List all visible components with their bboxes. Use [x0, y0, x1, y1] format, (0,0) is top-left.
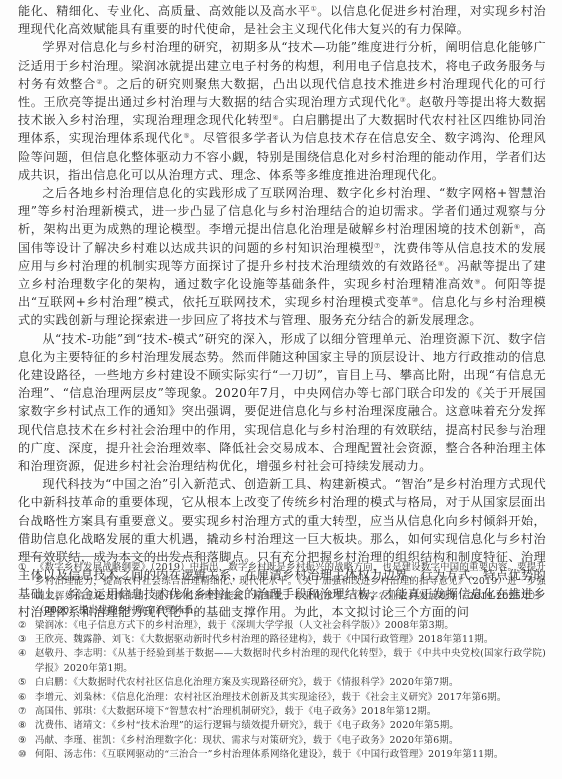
footnote-number: ⑨ — [18, 734, 35, 748]
footnote-ref[interactable]: ⑥ — [514, 223, 521, 231]
footnote: ⑦高国伟、郭琪：《大数据环境下“智慧农村”治理机制研究》，载于《电子政务》201… — [18, 705, 546, 719]
footnote: ⑥李增元、刘枭林：《信息化治理：农村社区治理技术创新及其实现途径》，载于《社会主… — [18, 691, 546, 705]
footnote-text: 白启鹏：《大数据时代农村社区信息化治理方案及实现路径研究》，载于《情报科学》20… — [35, 676, 546, 690]
paragraph-text: 能化、精细化、专业化、高质量、高效能以及高水平 — [18, 4, 310, 18]
footnote-text: 高国伟、郭琪：《大数据环境下“智慧农村”治理机制研究》，载于《电子政务》2018… — [35, 705, 546, 719]
footnote-number: ⑦ — [18, 705, 35, 719]
footnote-text: 王欣亮、魏露静、刘飞：《大数据驱动新时代乡村治理的路径建构》，载于《中国行政管理… — [35, 633, 546, 647]
footnote-number: ⑩ — [18, 748, 35, 762]
footnote: ④赵敬丹、李志明：《从基于经验到基于数据——大数据时代乡村治理的现代化转型》，载… — [18, 647, 546, 676]
footnote: ①《数字乡村发展战略纲要》（2019）中指出，数字乡村既是乡村振兴的战略方向，也… — [18, 561, 546, 619]
footnote: ③王欣亮、魏露静、刘飞：《大数据驱动新时代乡村治理的路径建构》，载于《中国行政管… — [18, 633, 546, 647]
paragraph: 学界对信息化与乡村治理的研究，初期多从“技术—功能”维度进行分析，阐明信息化能够… — [18, 38, 546, 184]
footnote-text: 梁润冰：《电子信息方式下的乡村治理》，载于《深圳大学学报（人文社会科学版）》20… — [35, 619, 546, 633]
footnote-ref[interactable]: ⑦ — [374, 242, 381, 250]
footnote-number: ⑧ — [18, 719, 35, 733]
paragraph-text: 从“技术-功能”到“技术-模式”研究的深入，形成了以细分管理单元、治理资源下沉、… — [18, 332, 546, 473]
paragraph-text: 之后各地乡村治理信息化的实践形成了互联网治理、数字化乡村治理、“数字网格+智慧治… — [18, 186, 546, 236]
paragraph: 能化、精细化、专业化、高质量、高效能以及高水平①。以信息化促进乡村治理，对实现乡… — [18, 2, 546, 38]
footnote-number: ③ — [18, 633, 35, 647]
body-text: 能化、精细化、专业化、高质量、高效能以及高水平①。以信息化促进乡村治理，对实现乡… — [18, 2, 546, 621]
footnote-number: ② — [18, 619, 35, 633]
footnote-text: 何阳、汤志伟：《互联网驱动的“三治合一”乡村治理体系网络化建设》，载于《中国行政… — [35, 748, 546, 762]
footnote: ⑤白启鹏：《大数据时代农村社区信息化治理方案及实现路径研究》，载于《情报科学》2… — [18, 676, 546, 690]
paragraph: 之后各地乡村治理信息化的实践形成了互联网治理、数字化乡村治理、“数字网格+智慧治… — [18, 184, 546, 330]
footnote: ⑧沈费伟、诸靖文：《乡村“技术治理”的运行逻辑与绩效提升研究》，载于《电子政务》… — [18, 719, 546, 733]
footnote: ⑩何阳、汤志伟：《互联网驱动的“三治合一”乡村治理体系网络化建设》，载于《中国行… — [18, 748, 546, 762]
footnotes: ①《数字乡村发展战略纲要》（2019）中指出，数字乡村既是乡村振兴的战略方向，也… — [18, 561, 546, 763]
paragraph: 从“技术-功能”到“技术-模式”研究的深入，形成了以细分管理单元、治理资源下沉、… — [18, 330, 546, 476]
footnote-text: 《数字乡村发展战略纲要》（2019）中指出，数字乡村既是乡村振兴的战略方向，也是… — [35, 561, 546, 619]
footnote-divider — [19, 556, 207, 557]
footnote-text: 赵敬丹、李志明：《从基于经验到基于数据——大数据时代乡村治理的现代化转型》，载于… — [35, 647, 546, 676]
footnote: ②梁润冰：《电子信息方式下的乡村治理》，载于《深圳大学学报（人文社会科学版）》2… — [18, 619, 546, 633]
footnote-text: 沈费伟、诸靖文：《乡村“技术治理”的运行逻辑与绩效提升研究》，载于《电子政务》2… — [35, 719, 546, 733]
footnote-number: ⑥ — [18, 691, 35, 705]
footnote-number: ④ — [18, 647, 35, 676]
footnote-ref[interactable]: ⑩ — [412, 296, 419, 304]
footnote-number: ① — [18, 561, 35, 619]
footnote-number: ⑤ — [18, 676, 35, 690]
footnote-text: 李增元、刘枭林：《信息化治理：农村社区治理技术创新及其实现途径》，载于《社会主义… — [35, 691, 546, 705]
footnote-text: 冯献、李瑾、崔凯：《乡村治理数字化：现状、需求与对策研究》，载于《电子政务》20… — [35, 734, 546, 748]
footnote: ⑨冯献、李瑾、崔凯：《乡村治理数字化：现状、需求与对策研究》，载于《电子政务》2… — [18, 734, 546, 748]
